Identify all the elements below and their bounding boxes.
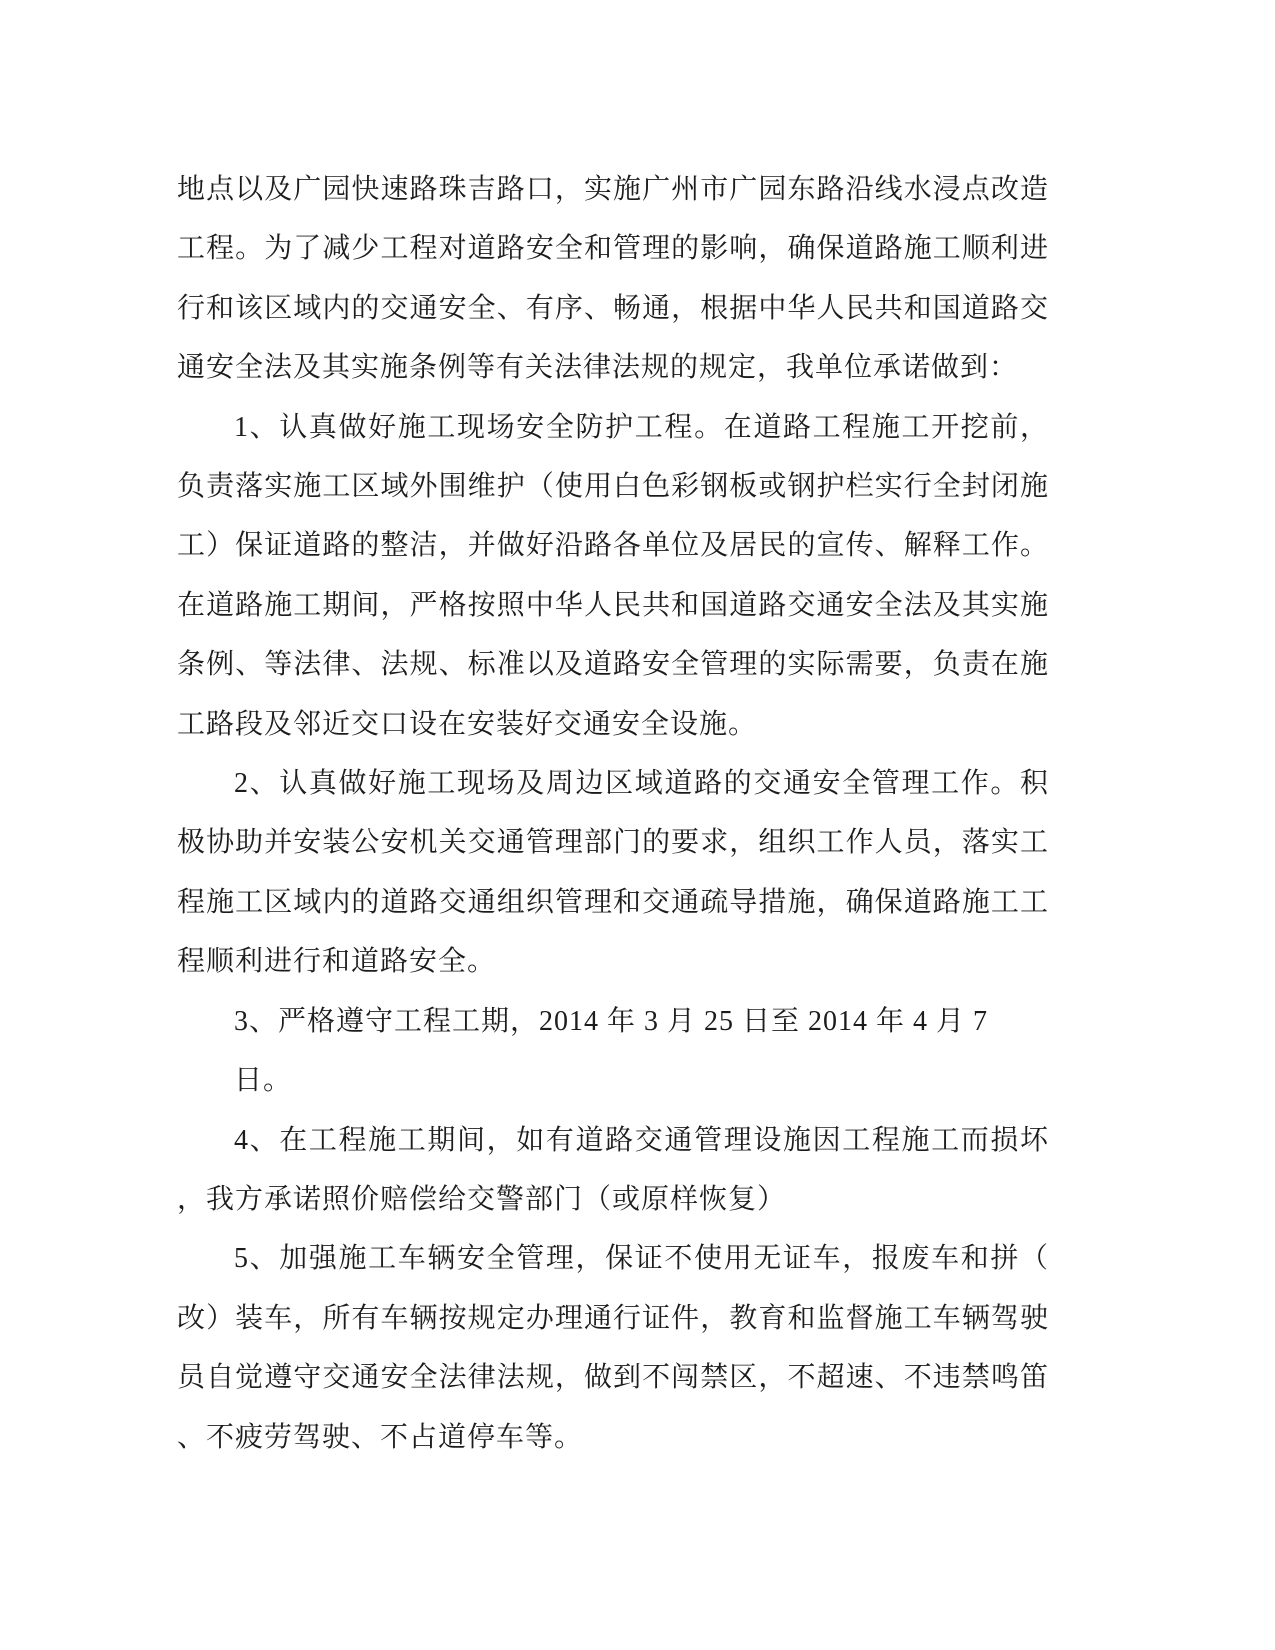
text-line: 员自觉遵守交通安全法律法规，做到不闯禁区，不超速、不违禁鸣笛 xyxy=(177,1348,1049,1407)
text-line: 在道路施工期间，严格按照中华人民共和国道路交通安全法及其实施 xyxy=(177,576,1049,635)
text-line: 工程。为了减少工程对道路安全和管理的影响，确保道路施工顺利进 xyxy=(177,219,1049,278)
document-body: 地点以及广园快速路珠吉路口，实施广州市广园东路沿线水浸点改造工程。为了减少工程对… xyxy=(177,160,1049,1467)
text-line: 1、认真做好施工现场安全防护工程。在道路工程施工开挖前， xyxy=(177,398,1049,457)
text-line: 、不疲劳驾驶、不占道停车等。 xyxy=(177,1408,1049,1467)
text-line: 工路段及邻近交口设在安装好交通安全设施。 xyxy=(177,695,1049,754)
text-line: 负责落实施工区域外围维护（使用白色彩钢板或钢护栏实行全封闭施 xyxy=(177,457,1049,516)
text-line: 地点以及广园快速路珠吉路口，实施广州市广园东路沿线水浸点改造 xyxy=(177,160,1049,219)
text-line: 改）装车，所有车辆按规定办理通行证件，教育和监督施工车辆驾驶 xyxy=(177,1289,1049,1348)
text-line: 程顺利进行和道路安全。 xyxy=(177,932,1049,991)
text-line: 工）保证道路的整洁，并做好沿路各单位及居民的宣传、解释工作。 xyxy=(177,516,1049,575)
text-line: 行和该区域内的交通安全、有序、畅通，根据中华人民共和国道路交 xyxy=(177,279,1049,338)
text-line: 通安全法及其实施条例等有关法律法规的规定，我单位承诺做到： xyxy=(177,338,1049,397)
text-line: 5、加强施工车辆安全管理，保证不使用无证车，报废车和拼（ xyxy=(177,1229,1049,1288)
text-line: 极协助并安装公安机关交通管理部门的要求，组织工作人员，落实工 xyxy=(177,813,1049,872)
text-line: ，我方承诺照价赔偿给交警部门（或原样恢复） xyxy=(177,1170,1049,1229)
text-line: 2、认真做好施工现场及周边区域道路的交通安全管理工作。积 xyxy=(177,754,1049,813)
text-line: 3、严格遵守工程工期，2014 年 3 月 25 日至 2014 年 4 月 7… xyxy=(177,992,1049,1111)
document-page: 地点以及广园快速路珠吉路口，实施广州市广园东路沿线水浸点改造工程。为了减少工程对… xyxy=(0,0,1275,1650)
text-line: 程施工区域内的道路交通组织管理和交通疏导措施，确保道路施工工 xyxy=(177,873,1049,932)
text-line: 条例、等法律、法规、标准以及道路安全管理的实际需要，负责在施 xyxy=(177,635,1049,694)
text-line: 4、在工程施工期间，如有道路交通管理设施因工程施工而损坏 xyxy=(177,1111,1049,1170)
